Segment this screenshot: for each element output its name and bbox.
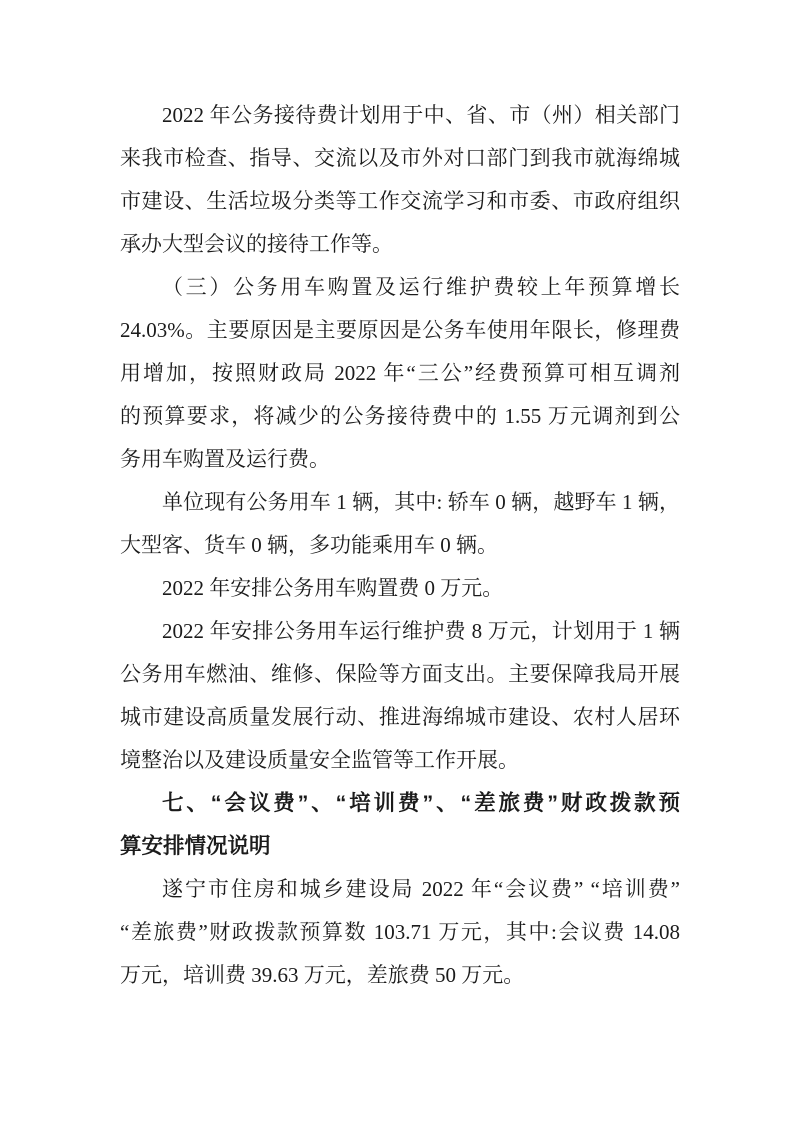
text-line: 的预算要求，将减少的公务接待费中的 1.55 万元调剂到公 xyxy=(120,395,680,438)
section-heading-line: 算安排情况说明 xyxy=(120,825,680,868)
text-line: 城市建设高质量发展行动、推进海绵城市建设、农村人居环 xyxy=(120,696,680,739)
section-heading-seven: 七、“会议费”、“培训费”、“差旅费”财政拨款预 算安排情况说明 xyxy=(120,782,680,868)
text-line: 务用车购置及运行费。 xyxy=(120,438,680,481)
text-line: 大型客、货车 0 辆，多功能乘用车 0 辆。 xyxy=(120,524,680,567)
document-page: 2022 年公务接待费计划用于中、省、市（州）相关部门 来我市检查、指导、交流以… xyxy=(0,0,793,1122)
para-vehicle-purchase-budget: 2022 年安排公务用车购置费 0 万元。 xyxy=(120,567,680,610)
para-vehicle-operation-budget: 2022 年安排公务用车运行维护费 8 万元，计划用于 1 辆 公务用车燃油、维… xyxy=(120,610,680,782)
text-line: 遂宁市住房和城乡建设局 2022 年“会议费” “培训费” xyxy=(120,868,680,911)
para-meeting-training-travel-budget: 遂宁市住房和城乡建设局 2022 年“会议费” “培训费” “差旅费”财政拨款预… xyxy=(120,868,680,997)
text-line: 来我市检查、指导、交流以及市外对口部门到我市就海绵城 xyxy=(120,137,680,180)
text-line: 2022 年安排公务用车运行维护费 8 万元，计划用于 1 辆 xyxy=(120,610,680,653)
text-line: 2022 年安排公务用车购置费 0 万元。 xyxy=(120,567,680,610)
text-line: 市建设、生活垃圾分类等工作交流学习和市委、市政府组织 xyxy=(120,180,680,223)
para-vehicle-fee-increase: （三）公务用车购置及运行维护费较上年预算增长 24.03%。主要原因是主要原因是… xyxy=(120,266,680,481)
text-line: 公务用车燃油、维修、保险等方面支出。主要保障我局开展 xyxy=(120,653,680,696)
text-line: 单位现有公务用车 1 辆，其中: 轿车 0 辆，越野车 1 辆， xyxy=(120,481,680,524)
text-line: 万元，培训费 39.63 万元，差旅费 50 万元。 xyxy=(120,954,680,997)
para-reception-fee-usage: 2022 年公务接待费计划用于中、省、市（州）相关部门 来我市检查、指导、交流以… xyxy=(120,94,680,266)
para-vehicle-inventory: 单位现有公务用车 1 辆，其中: 轿车 0 辆，越野车 1 辆， 大型客、货车 … xyxy=(120,481,680,567)
text-line: 用增加，按照财政局 2022 年“三公”经费预算可相互调剂 xyxy=(120,352,680,395)
section-heading-line: 七、“会议费”、“培训费”、“差旅费”财政拨款预 xyxy=(120,782,680,825)
text-line: “差旅费”财政拨款预算数 103.71 万元，其中:会议费 14.08 xyxy=(120,911,680,954)
text-line: 24.03%。主要原因是主要原因是公务车使用年限长，修理费 xyxy=(120,309,680,352)
text-line: 承办大型会议的接待工作等。 xyxy=(120,223,680,266)
text-line: 2022 年公务接待费计划用于中、省、市（州）相关部门 xyxy=(120,94,680,137)
text-line: 境整治以及建设质量安全监管等工作开展。 xyxy=(120,739,680,782)
text-line: （三）公务用车购置及运行维护费较上年预算增长 xyxy=(120,266,680,309)
